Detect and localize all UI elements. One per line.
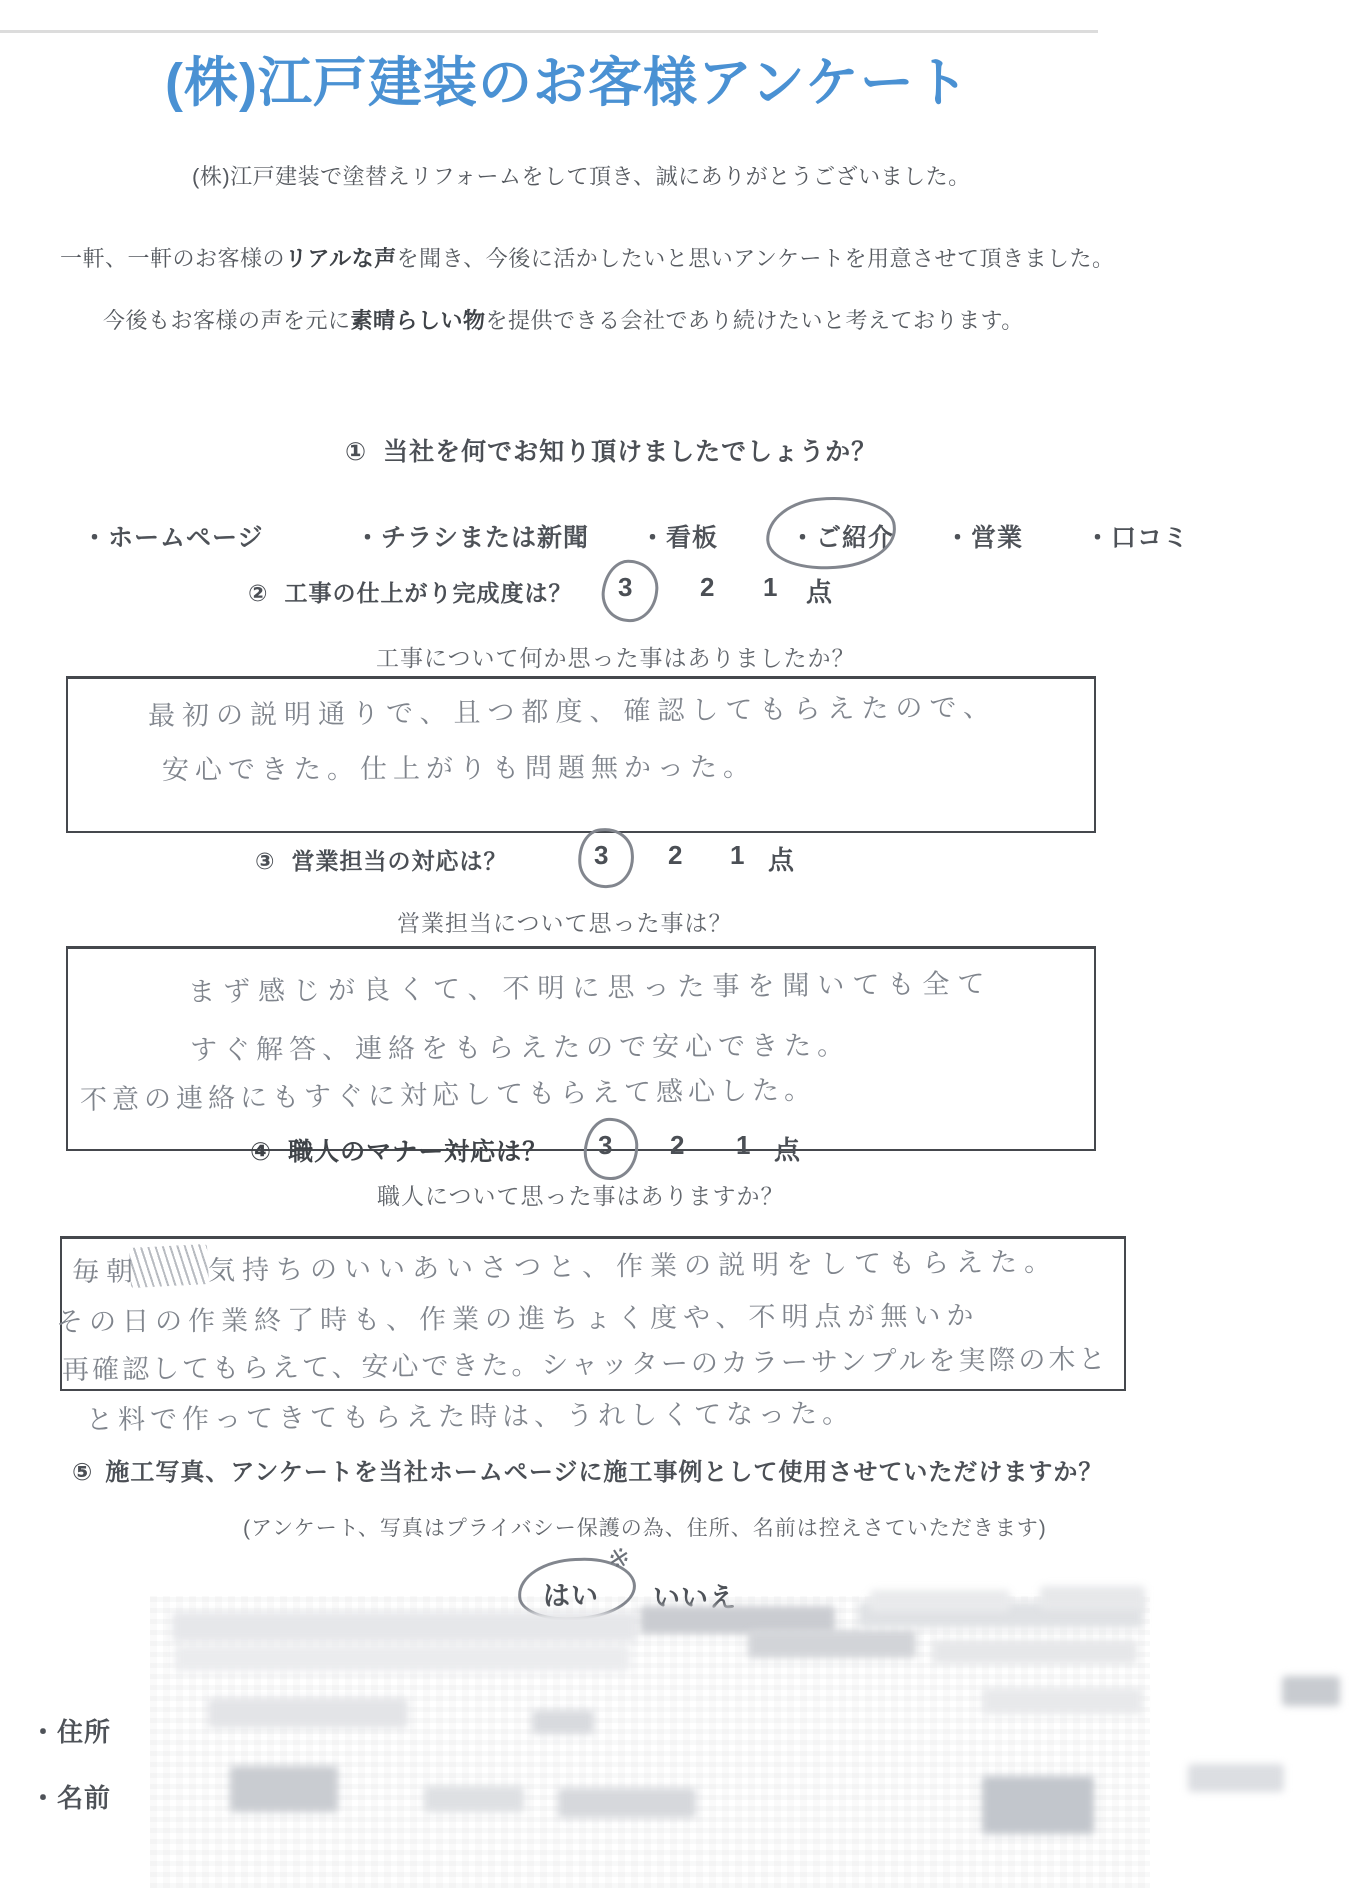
question-3-number: ③: [255, 848, 275, 875]
scanned-survey-document: (株)江戸建装のお客様アンケート (株)江戸建装で塗替えリフォームをして頂き、誠…: [0, 0, 1353, 1895]
q2-score-2: 2: [700, 572, 714, 603]
q1-option-flyer: ・チラシまたは新聞: [355, 518, 589, 554]
q4-followup-label: 職人について思った事はありますか？: [377, 1178, 785, 1211]
q3-score-1: 1: [730, 840, 744, 871]
question-3-label: ③営業担当の対応は？: [255, 843, 507, 876]
intro-line-2: 一軒、一軒のお客様のリアルな声を聞き、今後に活かしたいと思いアンケートを用意させ…: [60, 242, 1114, 273]
redaction-blur: [172, 1612, 637, 1642]
intro-line-1: (株)江戸建装で塗替えリフォームをして頂き、誠にありがとうございました。: [192, 160, 971, 191]
question-4-label: ④職人のマナー対応は？: [250, 1132, 548, 1168]
redaction-blur: [532, 1710, 594, 1734]
q2-score-unit: 点: [806, 572, 832, 609]
redaction-blur: [424, 1786, 524, 1812]
q2-answer-line-2: 安心できた。仕上がりも問題無かった。: [162, 745, 756, 787]
q3-score-2: 2: [668, 840, 682, 871]
q3-selection-circle: [575, 826, 636, 891]
redaction-blur: [982, 1688, 1142, 1714]
page-title: (株)江戸建装のお客様アンケート: [165, 40, 970, 117]
q4-score-2: 2: [670, 1130, 684, 1161]
redaction-blur: [932, 1640, 1137, 1664]
scribbled-out-text: [129, 1244, 209, 1288]
q4-answer-line-4-overflow: と料で作ってきてもらえた時は、うれしくてなった。: [86, 1391, 854, 1437]
q4-answer-line-2: その日の作業終了時も、作業の進ちょく度や、不明点が無いか: [56, 1294, 980, 1339]
scan-artifact-line: [0, 30, 1098, 33]
redaction-blur: [230, 1766, 338, 1812]
redaction-blur: [870, 1590, 1010, 1612]
question-5-number: ⑤: [72, 1458, 93, 1487]
question-1-number: ①: [345, 437, 367, 467]
q1-selection-circle: [764, 494, 898, 573]
question-2-label: ②工事の仕上がり完成度は？: [248, 575, 572, 608]
q3-answer-line-2: すぐ解答、連絡をもらえたので安心できた。: [190, 1023, 850, 1067]
redaction-blur: [1282, 1676, 1340, 1706]
q3-followup-label: 営業担当について思った事は？: [397, 905, 733, 938]
name-label: ・名前: [30, 1778, 111, 1815]
intro-line-3: 今後もお客様の声を元に素晴らしい物を提供できる会社であり続けたいと考えております…: [103, 304, 1024, 335]
question-1-label: ①当社を何でお知り頂けましたでしょうか？: [345, 432, 877, 468]
q2-score-1: 1: [763, 572, 777, 603]
question-2-number: ②: [248, 580, 268, 607]
q1-option-wordofmouth: ・口コミ: [1085, 518, 1189, 554]
redaction-blur: [748, 1630, 916, 1658]
redaction-blur: [175, 1645, 630, 1671]
q4-score-1: 1: [736, 1130, 750, 1161]
address-label: ・住所: [30, 1712, 111, 1749]
redaction-blur: [1040, 1586, 1145, 1610]
q1-option-signboard: ・看板: [640, 518, 718, 554]
question-4-number: ④: [250, 1137, 272, 1167]
q2-selection-circle: [599, 557, 661, 625]
redaction-blur: [1188, 1764, 1284, 1792]
q4-score-unit: 点: [774, 1130, 800, 1167]
q5-privacy-note: (アンケート、写真はプライバシー保護の為、住所、名前は控えさていただきます): [243, 1512, 1047, 1542]
q2-followup-label: 工事について何か思った事はありましたか？: [376, 640, 856, 673]
question-5-label: ⑤施工写真、アンケートを当社ホームページに施工事例として使用させていただけますか…: [72, 1452, 1103, 1487]
q3-score-unit: 点: [768, 840, 794, 877]
redaction-blur: [982, 1776, 1094, 1834]
q1-option-homepage: ・ホームページ: [82, 518, 264, 554]
redaction-blur: [208, 1698, 408, 1728]
q1-option-sales: ・営業: [945, 518, 1023, 554]
redaction-blur: [558, 1788, 696, 1818]
